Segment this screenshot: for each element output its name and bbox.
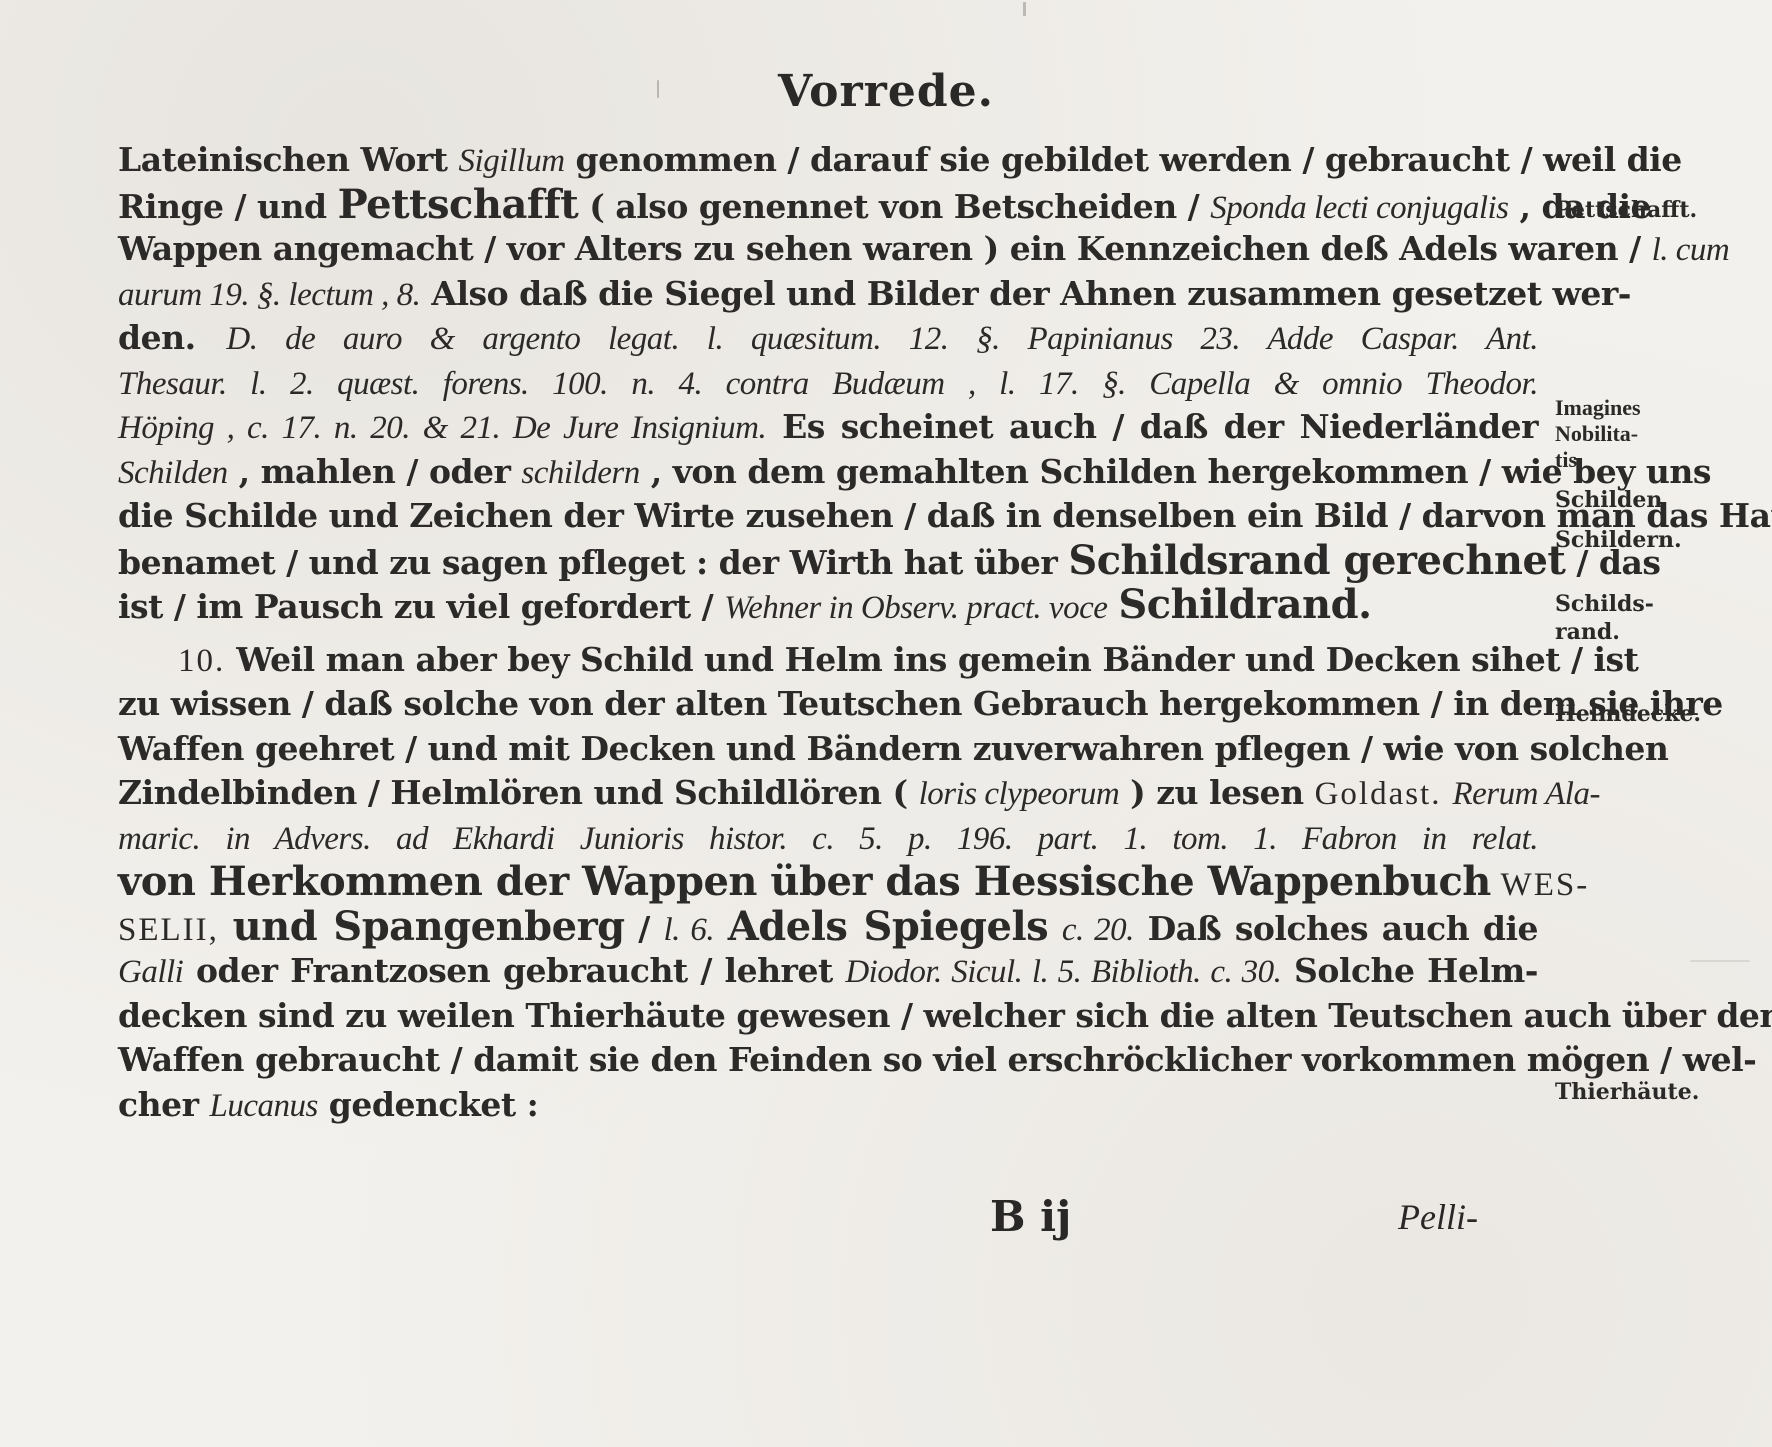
latin-citation: c. 20. bbox=[1062, 912, 1134, 948]
text-segment: gedencket : bbox=[318, 1085, 539, 1124]
text-line: zu wissen / daß solche von der alten Teu… bbox=[118, 682, 1538, 727]
text-line: Schilden , mahlen / oder schildern , von… bbox=[118, 450, 1538, 495]
text-segment: Goldast. bbox=[1315, 776, 1442, 812]
text-segment bbox=[714, 909, 728, 948]
text-segment: Waffen gebraucht / damit sie den Feinden… bbox=[118, 1040, 1756, 1079]
text-line: cher Lucanus gedencket : bbox=[118, 1083, 1538, 1128]
body-text: Lateinischen Wort Sigillum genommen / da… bbox=[118, 138, 1538, 1127]
margin-note: Schildern. bbox=[1555, 526, 1682, 554]
text-segment: / bbox=[625, 909, 664, 948]
signature-mark: B ij bbox=[990, 1192, 1071, 1241]
latin-citation: aurum 19. §. lectum , 8. bbox=[118, 277, 420, 313]
text-line: 10. Weil man aber bey Schild und Helm in… bbox=[118, 638, 1538, 683]
margin-note: Schilds- bbox=[1555, 590, 1654, 618]
latin-citation: l. cum bbox=[1652, 232, 1730, 268]
paper-speck bbox=[657, 80, 659, 98]
text-line: Galli oder Frantzosen gebraucht / lehret… bbox=[118, 949, 1538, 994]
text-line: Waffen gebraucht / damit sie den Feinden… bbox=[118, 1038, 1538, 1083]
latin-citation: Schilden bbox=[118, 455, 228, 491]
text-segment bbox=[1048, 909, 1062, 948]
margin-note: rand. bbox=[1555, 618, 1620, 646]
text-segment: oder Frantzosen gebraucht / lehret bbox=[183, 951, 845, 990]
text-segment: Also daß die Siegel und Bilder der Ahnen… bbox=[420, 274, 1631, 313]
text-segment: Ringe / und bbox=[118, 187, 338, 226]
latin-citation: maric. in Advers. ad Ekhardi Junioris hi… bbox=[118, 821, 1538, 857]
text-line: von Herkommen der Wappen über das Hessis… bbox=[118, 860, 1538, 905]
latin-citation: Wehner in Observ. pract. voce bbox=[724, 590, 1107, 626]
paragraph-gap bbox=[118, 628, 1538, 638]
latin-citation: D. de auro & argento legat. l. quæsitum.… bbox=[226, 321, 1538, 357]
text-segment: Lateinischen Wort bbox=[118, 140, 459, 179]
text-segment: Wappen angemacht / vor Alters zu sehen w… bbox=[118, 229, 1652, 268]
emphasized-term: von Herkommen der Wappen über das Hessis… bbox=[118, 858, 1491, 905]
text-line: Waffen geehret / und mit Decken und Bänd… bbox=[118, 727, 1538, 772]
latin-citation: Sigillum bbox=[459, 143, 565, 179]
latin-citation: l. 6. bbox=[664, 912, 715, 948]
text-segment: cher bbox=[118, 1085, 209, 1124]
paper-speck bbox=[1023, 2, 1026, 16]
latin-citation: Lucanus bbox=[209, 1088, 317, 1124]
text-line: SELII, und Spangenberg / l. 6. Adels Spi… bbox=[118, 905, 1538, 950]
text-line: Wappen angemacht / vor Alters zu sehen w… bbox=[118, 227, 1538, 272]
text-line: den. D. de auro & argento legat. l. quæs… bbox=[118, 316, 1538, 361]
text-segment: ( also genennet von Betscheiden / bbox=[578, 187, 1210, 226]
latin-citation: Diodor. Sicul. l. 5. Biblioth. c. 30. bbox=[845, 954, 1281, 990]
text-segment bbox=[219, 909, 233, 948]
text-segment: Weil man aber bey Schild und Helm ins ge… bbox=[225, 640, 1638, 679]
text-line: Thesaur. l. 2. quæst. forens. 100. n. 4.… bbox=[118, 361, 1538, 406]
book-page: Vorrede. Lateinischen Wort Sigillum geno… bbox=[0, 0, 1772, 1447]
margin-note: Imagines bbox=[1555, 394, 1641, 422]
margin-note: Helmdecke. bbox=[1555, 700, 1701, 728]
text-line: Höping , c. 17. n. 20. & 21. De Jure Ins… bbox=[118, 405, 1538, 450]
text-segment: Daß solches auch die bbox=[1134, 909, 1538, 948]
text-segment: decken sind zu weilen Thierhäute gewesen… bbox=[118, 996, 1772, 1035]
latin-citation: loris clypeorum bbox=[919, 776, 1120, 812]
text-segment: Zindelbinden / Helmlören und Schildlören… bbox=[118, 773, 919, 812]
text-segment: ist / im Pausch zu viel gefordert / bbox=[118, 587, 724, 626]
text-segment: den. bbox=[118, 318, 226, 357]
catchword: Pelli- bbox=[1398, 1196, 1478, 1238]
latin-citation: schildern bbox=[521, 455, 639, 491]
text-segment: benamet / und zu sagen pfleget : der Wir… bbox=[118, 543, 1068, 582]
running-head: Vorrede. bbox=[0, 66, 1772, 117]
latin-citation: Thesaur. l. 2. quæst. forens. 100. n. 4.… bbox=[118, 366, 1538, 402]
latin-citation: Höping , c. 17. n. 20. & 21. De Jure Ins… bbox=[118, 410, 766, 446]
text-segment: 10. bbox=[178, 643, 225, 679]
paper-speck bbox=[1690, 960, 1750, 962]
text-segment: Es scheinet auch / daß der Niederländer bbox=[766, 407, 1538, 446]
latin-citation: Sponda lecti conjugalis bbox=[1210, 190, 1508, 226]
margin-note: Thierhäute. bbox=[1555, 1078, 1699, 1106]
emphasized-term: und Spangenberg bbox=[233, 903, 625, 950]
margin-note: Pettschafft. bbox=[1555, 196, 1697, 224]
margin-note: Schilden bbox=[1555, 486, 1662, 514]
text-line: Lateinischen Wort Sigillum genommen / da… bbox=[118, 138, 1538, 183]
text-segment: Waffen geehret / und mit Decken und Bänd… bbox=[118, 729, 1668, 768]
latin-citation: Galli bbox=[118, 954, 183, 990]
text-segment: zu wissen / daß solche von der alten Teu… bbox=[118, 684, 1723, 723]
text-segment: , mahlen / oder bbox=[228, 452, 522, 491]
emphasized-term: Pettschafft bbox=[338, 181, 579, 228]
emphasized-term: Schildsrand gerechnet bbox=[1068, 537, 1565, 584]
text-line: aurum 19. §. lectum , 8. Also daß die Si… bbox=[118, 272, 1538, 317]
text-line: benamet / und zu sagen pfleget : der Wir… bbox=[118, 539, 1538, 584]
text-line: maric. in Advers. ad Ekhardi Junioris hi… bbox=[118, 816, 1538, 861]
text-line: ist / im Pausch zu viel gefordert / Wehn… bbox=[118, 583, 1538, 628]
text-line: die Schilde und Zeichen der Wirte zusehe… bbox=[118, 494, 1538, 539]
latin-citation: Rerum Ala- bbox=[1452, 776, 1599, 812]
text-segment bbox=[1441, 773, 1452, 812]
text-segment: SELII, bbox=[118, 912, 219, 948]
text-segment: Solche Helm- bbox=[1281, 951, 1538, 990]
text-segment bbox=[1107, 587, 1118, 626]
text-segment: , von dem gemahlten Schilden hergekommen… bbox=[640, 452, 1711, 491]
text-segment: genommen / darauf sie gebildet werden / … bbox=[565, 140, 1682, 179]
text-segment: die Schilde und Zeichen der Wirte zusehe… bbox=[118, 496, 1772, 535]
text-line: Ringe / und Pettschafft ( also genennet … bbox=[118, 183, 1538, 228]
text-segment: ) zu lesen bbox=[1119, 773, 1314, 812]
emphasized-term: Schildrand. bbox=[1118, 581, 1371, 628]
margin-note: tis. bbox=[1555, 446, 1583, 474]
emphasized-term: Adels Spiegels bbox=[728, 903, 1048, 950]
text-line: Zindelbinden / Helmlören und Schildlören… bbox=[118, 771, 1538, 816]
text-segment: WES- bbox=[1491, 867, 1589, 903]
text-line: decken sind zu weilen Thierhäute gewesen… bbox=[118, 994, 1538, 1039]
margin-note: Nobilita- bbox=[1555, 420, 1638, 448]
